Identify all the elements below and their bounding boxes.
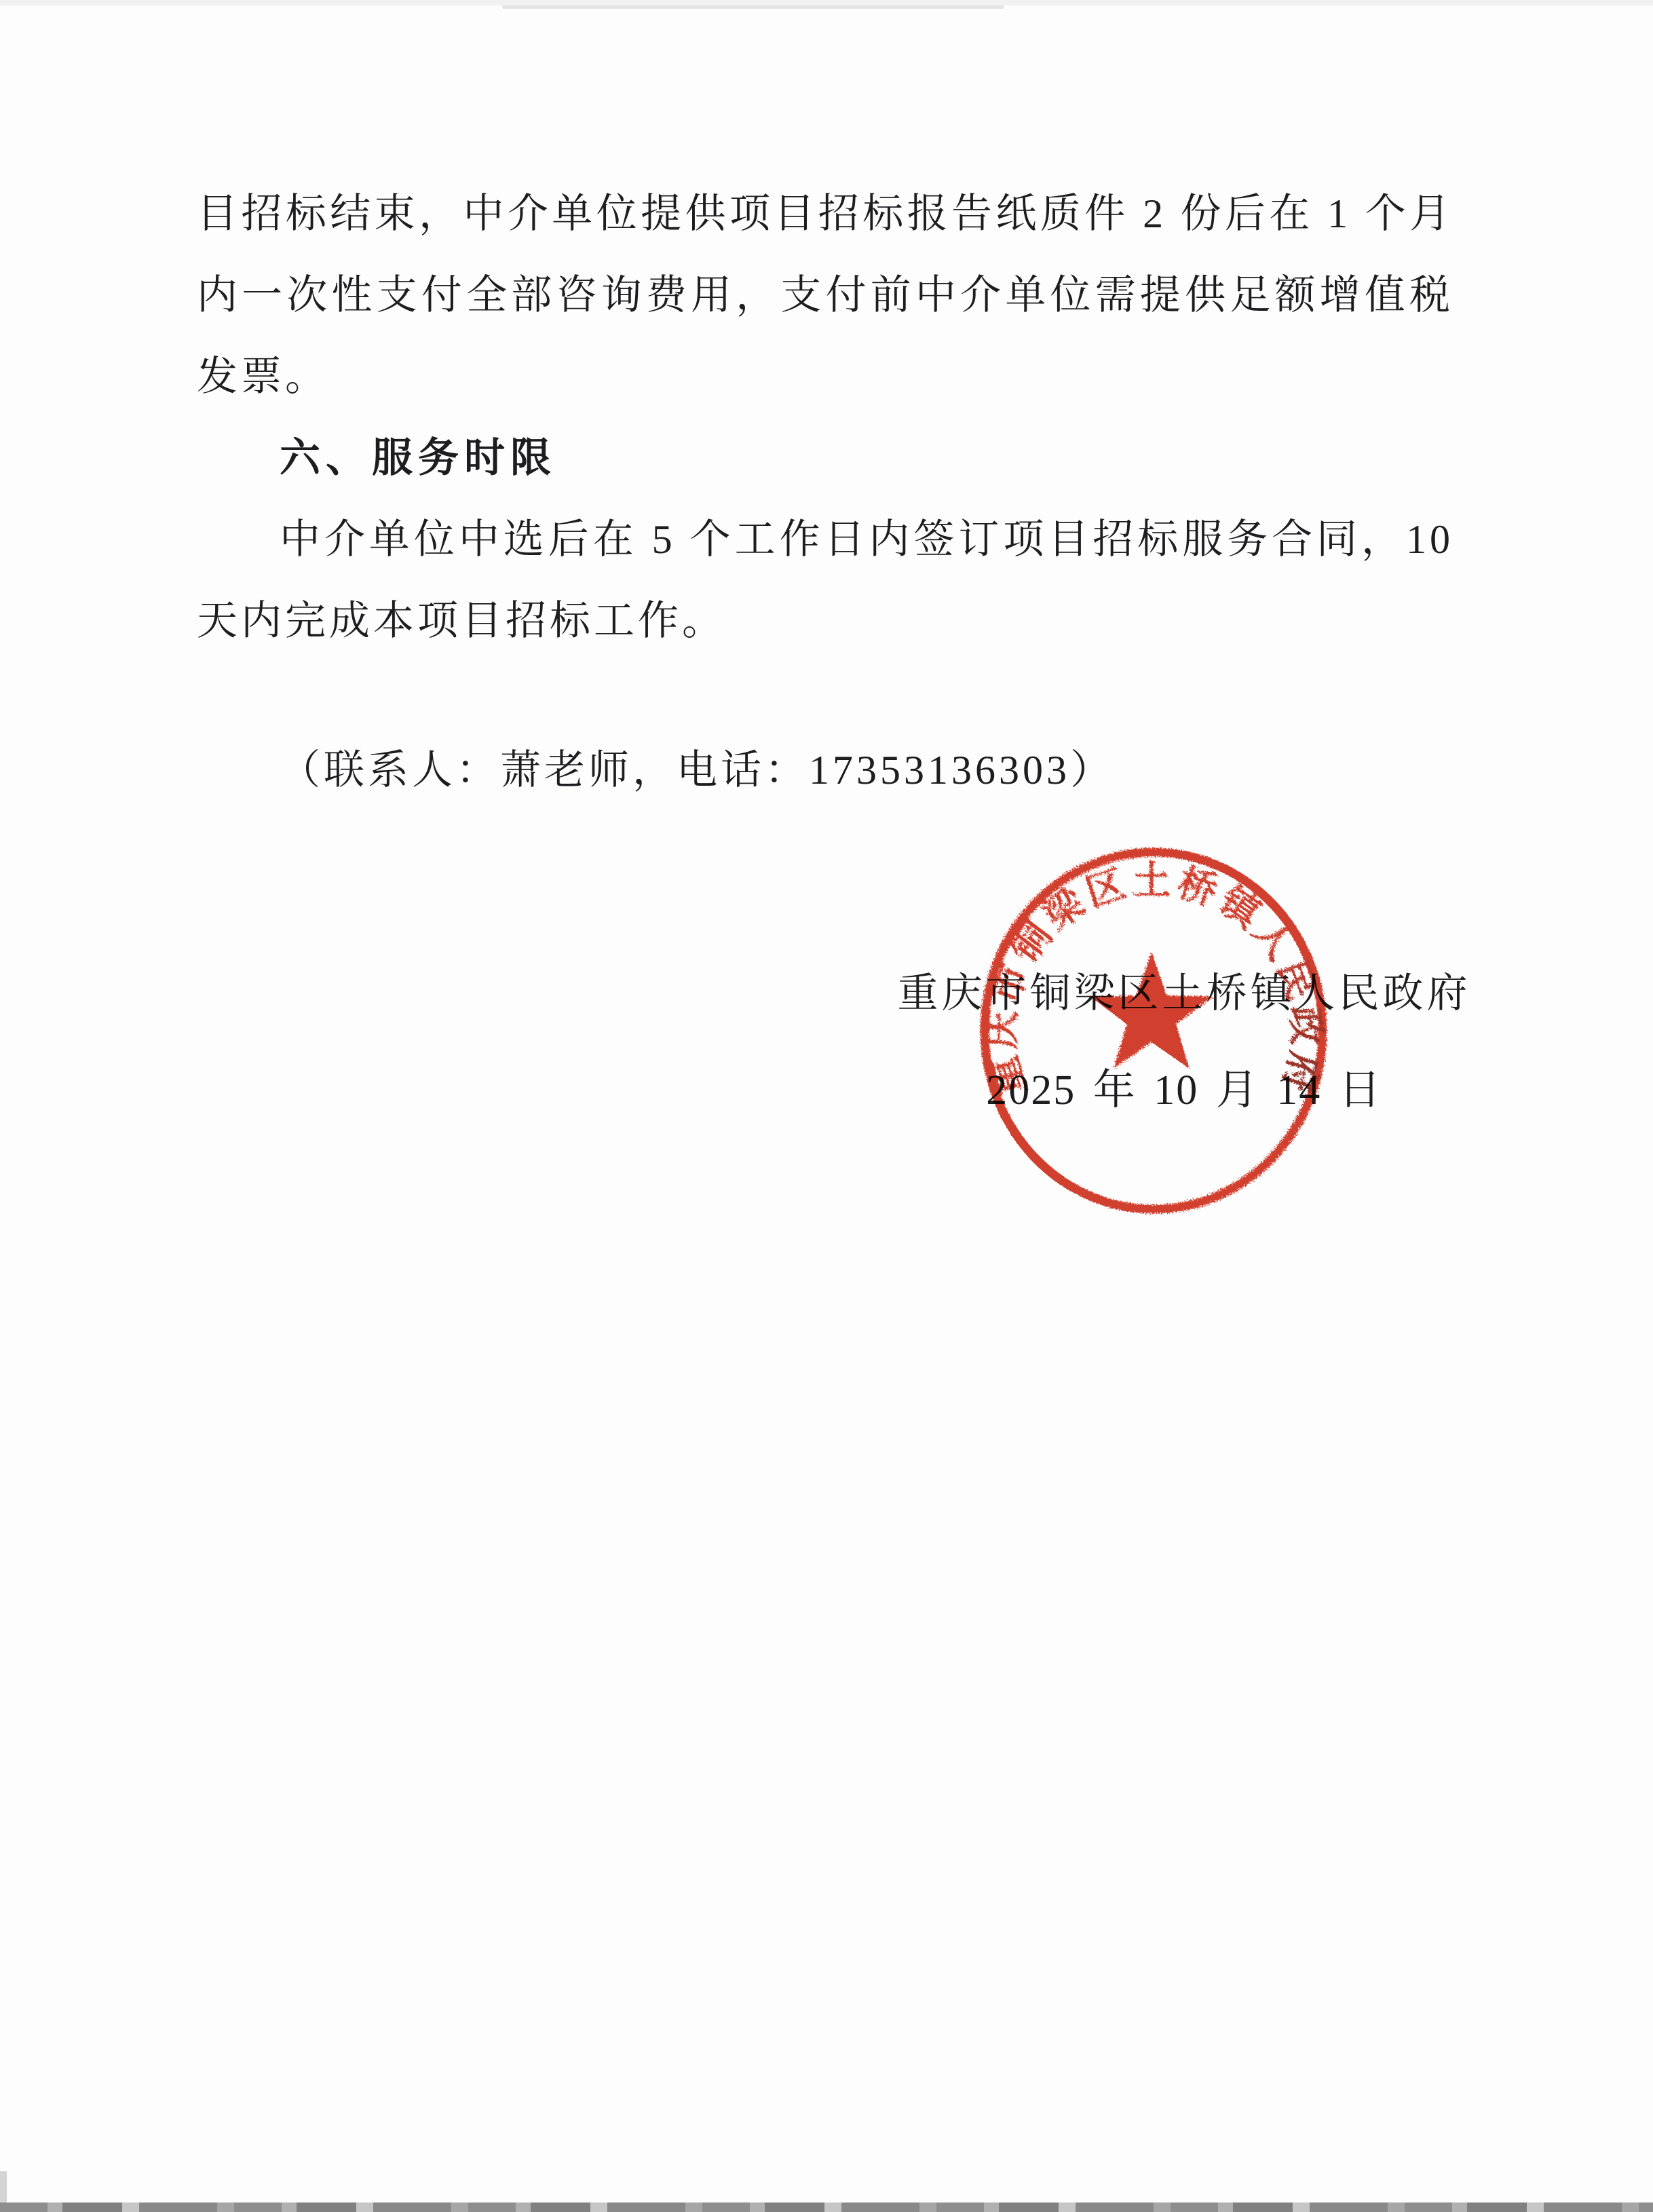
document-line: 发票。: [197, 336, 1453, 417]
scan-edge-notch: [0, 2171, 7, 2203]
document-page: 目招标结束，中介单位提供项目招标报告纸质件 2 份后在 1 个月内一次性支付全部…: [0, 0, 1653, 2212]
document-line: 中介单位中选后在 5 个工作日内签订项目招标服务合同，10: [197, 499, 1453, 580]
document-line: 天内完成本项目招标工作。: [197, 580, 1453, 662]
document-body: 目招标结束，中介单位提供项目招标报告纸质件 2 份后在 1 个月内一次性支付全部…: [197, 173, 1453, 811]
document-line: （联系人：萧老师，电话：17353136303）: [197, 729, 1453, 811]
scan-smudge: [502, 5, 1004, 9]
document-line: [197, 662, 1453, 729]
star-icon: [1090, 952, 1213, 1069]
document-line: 内一次性支付全部咨询费用，支付前中介单位需提供足额增值税: [197, 254, 1453, 336]
document-line: 六、服务时限: [197, 417, 1453, 499]
official-seal: 重庆市铜梁区土桥镇人民政府: [966, 835, 1341, 1226]
document-line: 目招标结束，中介单位提供项目招标报告纸质件 2 份后在 1 个月: [197, 173, 1453, 254]
scan-edge-top: [0, 0, 1653, 5]
scan-edge-bottom: [0, 2203, 1653, 2212]
